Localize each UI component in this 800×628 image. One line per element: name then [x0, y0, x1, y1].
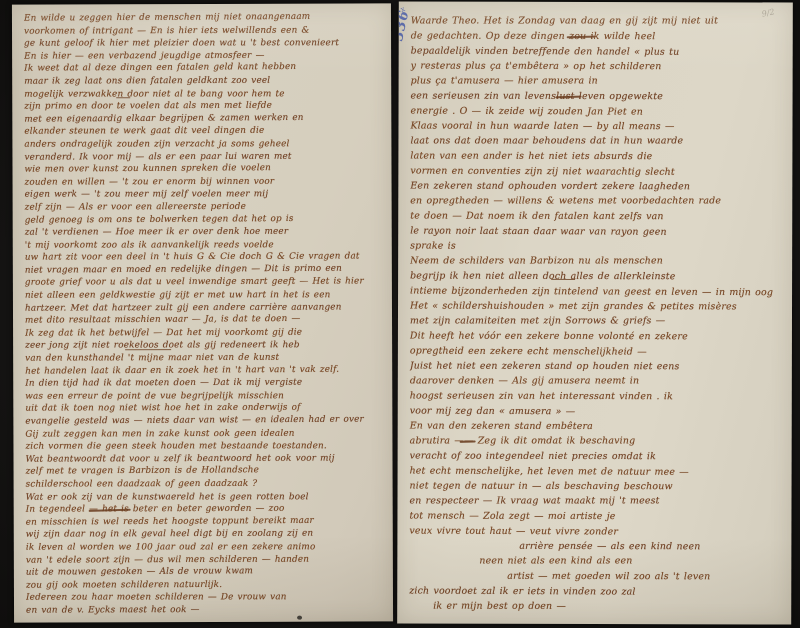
handwritten-line: voorkomen of intrigant — En is hier iets… [24, 24, 387, 38]
handwritten-line: le rayon noir laat staan daar waar van r… [410, 224, 788, 241]
handwritten-line: Een zekeren stand ophouden vordert zeker… [410, 179, 788, 195]
handwritten-line: eigen werk — 't zou meer mij zelf voelen… [25, 188, 388, 201]
handwritten-line: laat ons dat doen maar behoudens dat in … [410, 134, 788, 149]
handwritten-line: ik er mijn best op doen — [409, 599, 787, 615]
handwritten-line: veracht of zoo integendeel niet precies … [410, 449, 788, 465]
handwritten-line: een serieusen zin van levenslust leven o… [411, 89, 789, 105]
handwritten-line: niet alleen een geldkwestie gij zijt er … [25, 289, 388, 302]
handwritten-line: daarover denken — Als gij amusera neemt … [410, 374, 788, 389]
handwritten-line: niet tegen de natuur in — als beschaving… [410, 479, 788, 495]
handwritten-line: en opregtheden — willens & wetens met vo… [410, 194, 788, 209]
handwritten-line: Klaas vooral in hun waarde laten — by al… [410, 119, 788, 135]
handwritten-line: artist — met goeden wil zoo als 't leven [409, 569, 787, 585]
handwritten-line: laten van een ander is het niet iets abs… [410, 149, 788, 165]
handwritten-line: Neem de schilders van Barbizon nu als me… [410, 254, 788, 269]
handwritten-line: het echt menschelijke, het leven met de … [410, 464, 788, 481]
handwritten-line: begrijp ik hen niet alleen doch alles de… [410, 269, 788, 285]
handwritten-line: Ik zeg dat ik het betwijfel — Dat het mi… [25, 326, 388, 340]
manuscript-scan-background: En wilde u zeggen hier de menschen mij n… [0, 0, 800, 628]
handwritten-line: arrière pensée — als een kind neen [409, 539, 787, 555]
handwritten-line: opregtheid een zekere echt menschelijkhe… [410, 344, 788, 361]
handwritten-line: Het « schildershuishouden » met zijn gra… [410, 299, 788, 315]
handwritten-line: Dit heeft het vóór een zekere bonne volo… [410, 329, 788, 345]
handwritten-line: vormen en conventies zijn zij niet waara… [410, 164, 788, 181]
handwritten-line: met een eigenaardig elkaar begrijpen & z… [24, 111, 387, 126]
left-page-text-block: En wilde u zeggen hier de menschen mij n… [12, 3, 393, 617]
handwritten-line: En wilde u zeggen hier de menschen mij n… [24, 10, 387, 25]
handwritten-line: het handelen laat ik daar en ik zoek het… [25, 363, 388, 378]
letter-page-right: 336 x 9/2 Waarde Theo. Het is Zondag van… [397, 1, 793, 624]
handwritten-line: wie men over kunst zou kunnen spreken di… [24, 162, 387, 177]
handwritten-line: niet vragen maar en moed en redelijke di… [25, 262, 388, 277]
handwritten-line: schilderschool een daadzaak of geen daad… [26, 477, 389, 491]
handwritten-line: Waarde Theo. Het is Zondag van daag en g… [411, 14, 789, 29]
handwritten-line: En van den zekeren stand embêtera [410, 419, 788, 435]
handwritten-line: zouden en willen — 't zou er enorm bij w… [25, 175, 388, 189]
handwritten-line: en misschien is wel reeds het hoogste to… [26, 514, 389, 529]
handwritten-line: uit de mouwen gestoken — Als de vrouw kw… [26, 565, 389, 580]
handwritten-line: zelf met te vragen is Barbizon is de Hol… [26, 464, 389, 479]
handwritten-line: zich voordoet zal ik er iets in vinden z… [409, 584, 787, 601]
handwritten-line: ik leven al worden we 100 jaar oud zal e… [26, 541, 389, 554]
handwritten-line: wij zijn daar nog in elk geval heel digt… [26, 528, 389, 542]
handwritten-line: zal 't verdienen — Hoe meer ik er over d… [25, 225, 388, 239]
handwritten-line: evangelie gesteld was — niets daar van w… [25, 413, 388, 428]
handwritten-line: bepaaldelijk vinden betreffende den hand… [411, 44, 789, 61]
handwritten-line: was een erreur de point de vue begrijpel… [25, 390, 388, 403]
handwritten-line: Iedereen zou haar moeten schilderen — De… [26, 591, 389, 604]
handwritten-line: y resteras plus ça t'embêtera » op het s… [411, 59, 789, 75]
handwritten-line: Ik weet dat al deze dingen een fatalen g… [24, 61, 387, 76]
handwritten-line: ge kunt geloof ik hier met pleizier doen… [24, 37, 387, 50]
handwritten-line: In dien tijd had ik dat moeten doen — Da… [25, 377, 388, 391]
right-page-text-block: Waarde Theo. Het is Zondag van daag en g… [397, 1, 793, 614]
handwritten-line: Wat er ook zij van de kunstwaereld het i… [26, 491, 389, 504]
handwritten-line: en van de v. Eycks maest het ook — [26, 603, 389, 617]
handwritten-line: anders ondragelijk zouden zijn verzacht … [24, 138, 387, 151]
handwritten-line: mogelijk verzwakken door niet al te bang… [24, 88, 387, 101]
handwritten-line: zeer jong zijt niet roekeloos doet als g… [25, 340, 388, 353]
letter-page-left: En wilde u zeggen hier de menschen mij n… [12, 3, 393, 622]
handwritten-line: elkander steunen te werk gaat dit veel d… [24, 125, 387, 139]
dot-mark [297, 616, 302, 620]
handwritten-line: groote grief voor u als dat u veel inwen… [25, 276, 388, 290]
handwritten-line: Juist het niet een zekeren stand op houd… [410, 359, 788, 375]
handwritten-line: en respecteer — Ik vraag wat maakt mij '… [410, 494, 788, 509]
handwritten-line: met zijn calamiteiten met zijn Sorrows &… [410, 314, 788, 329]
handwritten-line: neen niet als een kind als een [409, 554, 787, 569]
handwritten-line: zich vormen die geen steek houden met be… [25, 440, 388, 453]
handwritten-line: zou gij ook moeten schilderen natuurlijk… [26, 578, 389, 592]
handwritten-line: met dito resultaat misschien waar — Ja, … [25, 313, 388, 328]
handwritten-line: abrutira —— Zeg ik dit omdat ik beschavi… [410, 434, 788, 449]
handwritten-line: plus ça t'amusera — hier amusera in [411, 74, 789, 89]
handwritten-line: te doen — Dat noem ik den fatalen kant z… [410, 209, 788, 225]
handwritten-line: de gedachten. Op deze dingen zou ik wild… [411, 29, 789, 45]
handwritten-line: energie . O — ik zeide wij zouden Jan Pi… [410, 104, 788, 121]
handwritten-line: tot mensch — Zola zegt — moi artiste je [409, 509, 787, 525]
handwritten-line: intieme bijzonderheden zijn tintelend va… [410, 284, 788, 301]
handwritten-line: geld genoeg is om ons te bolwerken tegen… [25, 212, 388, 227]
handwritten-line: hoogst serieusen zin van het interessant… [410, 389, 788, 405]
handwritten-line: sprake is [410, 239, 788, 255]
handwritten-line: veux vivre tout haut — veut vivre zonder [409, 524, 787, 541]
handwritten-line: 't mij voorkomt zoo als ik aanvankelijk … [25, 239, 388, 252]
handwritten-line: maar ik zeg laat ons dien fatalen geldka… [24, 74, 387, 88]
handwritten-line: Gij zult zeggen kan men in zake kunst oo… [25, 427, 388, 441]
handwritten-line: voor mij zeg dan « amusera » — [410, 404, 788, 421]
